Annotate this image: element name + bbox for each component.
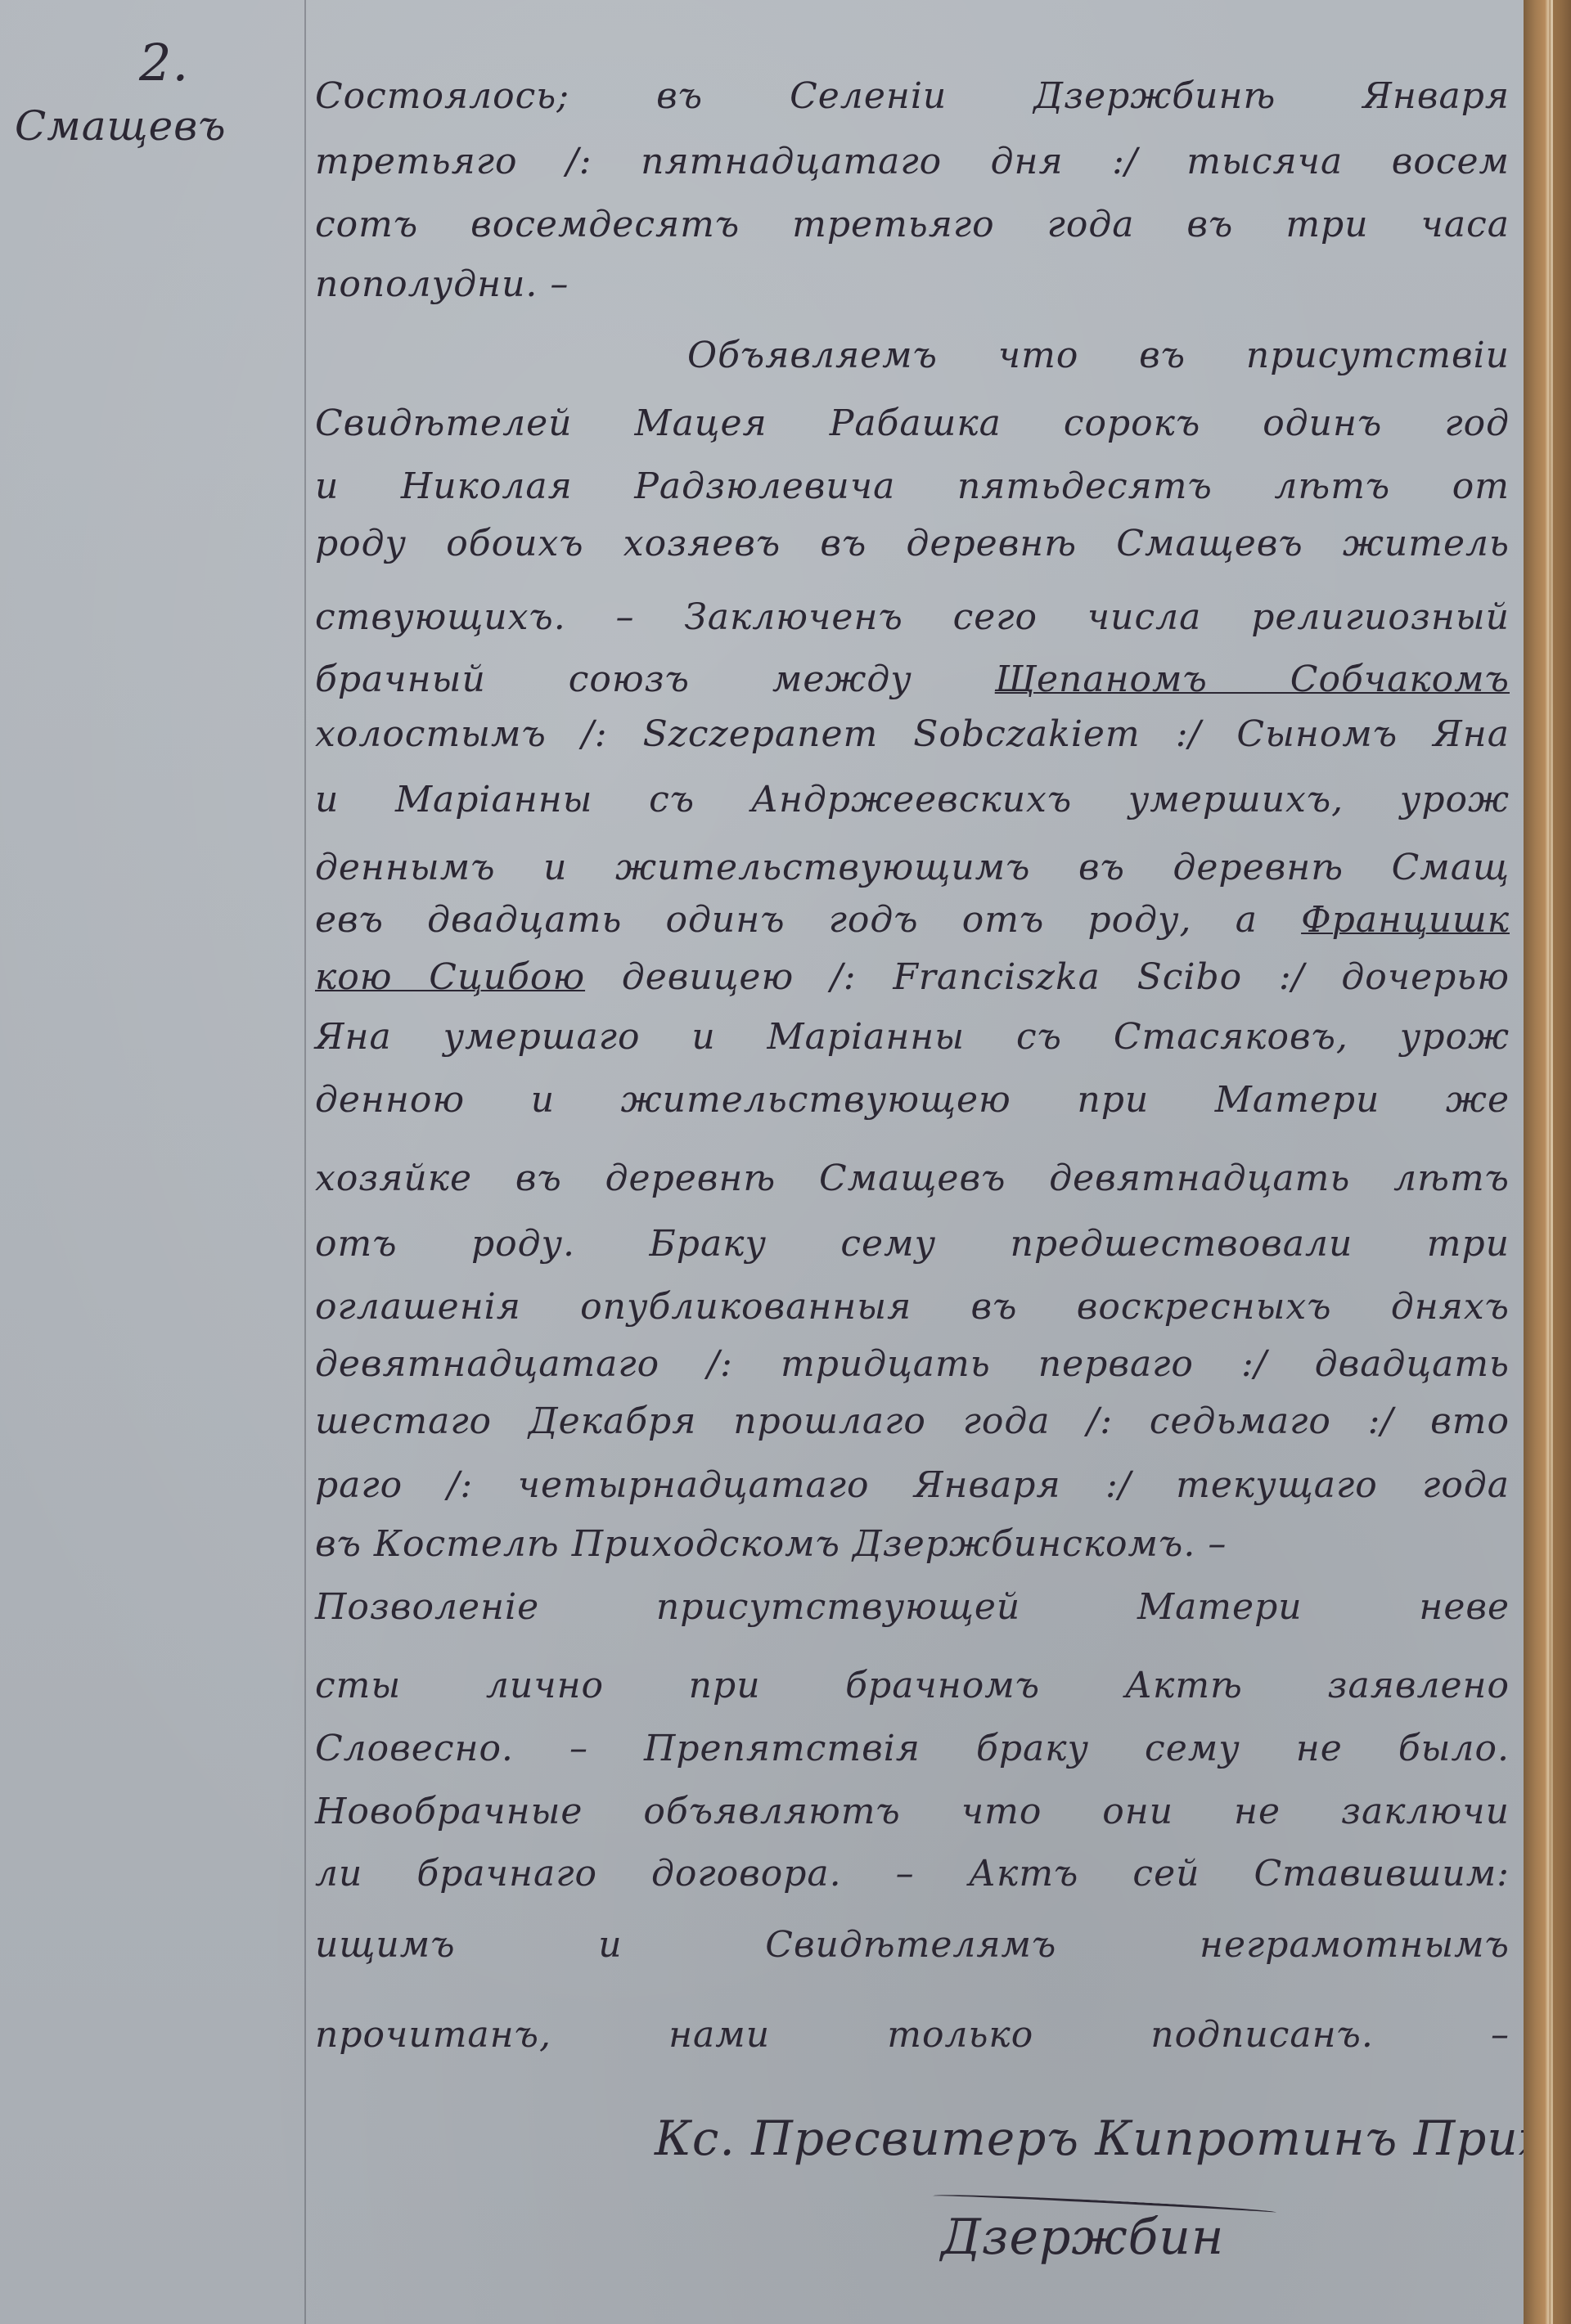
body-line-28: Новобрачные объявляютъ что они не заключ…	[315, 1787, 1510, 1836]
binding-seam	[1551, 0, 1553, 2324]
body-line-6: Свидѣтелей Мацея Рабашка сорокъ одинъ го…	[315, 399, 1510, 448]
underlined-name: кою Сцибою	[315, 956, 585, 998]
body-line-11: холостымъ /: Szczepanem Sobczakiem :/ Сы…	[315, 710, 1510, 759]
signature-line-2: Дзержбин	[941, 2209, 1224, 2266]
body-line-20: оглашенія опубликованныя въ воскресныхъ …	[315, 1283, 1510, 1332]
body-line-1: Состоялось; въ Селеніи Дзержбинѣ Января	[315, 72, 1510, 121]
document-page: 2. Смащевъ Состоялось; въ Селеніи Дзержб…	[0, 0, 1528, 2324]
body-line-15: кою Сцибою девицею /: Franciszka Scibo :…	[315, 953, 1510, 1002]
body-line-14: евъ двадцать одинъ годъ отъ роду, а Фран…	[315, 896, 1510, 945]
body-line-17: денною и жительствующею при Матери же	[315, 1076, 1510, 1125]
signature-line-1: Кс. Пресвитеръ Кипротинъ Приходъ	[655, 2110, 1481, 2166]
body-line-16: Яна умершаго и Маріанны съ Стасяковъ, ур…	[315, 1013, 1510, 1062]
body-line-30: ищимъ и Свидѣтелямъ неграмотнымъ	[315, 1921, 1510, 1970]
body-line-19: отъ роду. Браку сему предшествовали три	[315, 1220, 1510, 1269]
underlined-name: Францишк	[1301, 899, 1510, 941]
body-line-5: Объявляемъ что въ присутствіи	[687, 331, 1510, 380]
body-line-8: роду обоихъ хозяевъ въ деревнѣ Смащевъ ж…	[315, 519, 1510, 569]
margin-village-name: Смащевъ	[15, 102, 227, 150]
body-line-26: сты лично при брачномъ Актѣ заявлено	[315, 1661, 1510, 1710]
body-line-4: пополудни. –	[315, 260, 569, 309]
margin-rule	[304, 0, 306, 2324]
body-line-23: раго /: четырнадцатаго Января :/ текущаг…	[315, 1461, 1510, 1510]
body-line-31: прочитанъ, нами только подписанъ. –	[315, 2011, 1510, 2060]
body-line-27: Словесно. – Препятствія браку сему не бы…	[315, 1724, 1510, 1773]
body-line-21: девятнадцатаго /: тридцать перваго :/ дв…	[315, 1340, 1510, 1389]
underlined-name: Щепаномъ Собчакомъ	[995, 659, 1510, 700]
body-line-25: Позволеніе присутствующей Матери неве	[315, 1583, 1510, 1632]
body-line-12: и Маріанны съ Андржеевскихъ умершихъ, ур…	[315, 775, 1510, 825]
body-line-7: и Николая Радзюлевича пятьдесятъ лѣтъ от	[315, 462, 1510, 511]
body-line-9: ствующихъ. – Заключенъ сего числа религи…	[315, 593, 1510, 642]
body-line-13: деннымъ и жительствующимъ въ деревнѣ Сма…	[315, 843, 1510, 892]
record-number: 2.	[139, 33, 189, 92]
body-line-29: ли брачнаго договора. – Актъ сей Ставивш…	[315, 1850, 1510, 1899]
body-line-18: хозяйке въ деревнѣ Смащевъ девятнадцать …	[315, 1154, 1510, 1203]
body-line-22: шестаго Декабря прошлаго года /: седьмаг…	[315, 1397, 1510, 1446]
book-binding-edge	[1524, 0, 1571, 2324]
body-line-3: сотъ восемдесятъ третьяго года въ три ча…	[315, 200, 1510, 249]
body-line-24: въ Костелѣ Приходскомъ Дзержбинскомъ. –	[315, 1520, 1227, 1569]
body-line-2: третьяго /: пятнадцатаго дня :/ тысяча в…	[315, 137, 1510, 187]
body-line-10: брачный союзъ между Щепаномъ Собчакомъ	[315, 655, 1510, 704]
